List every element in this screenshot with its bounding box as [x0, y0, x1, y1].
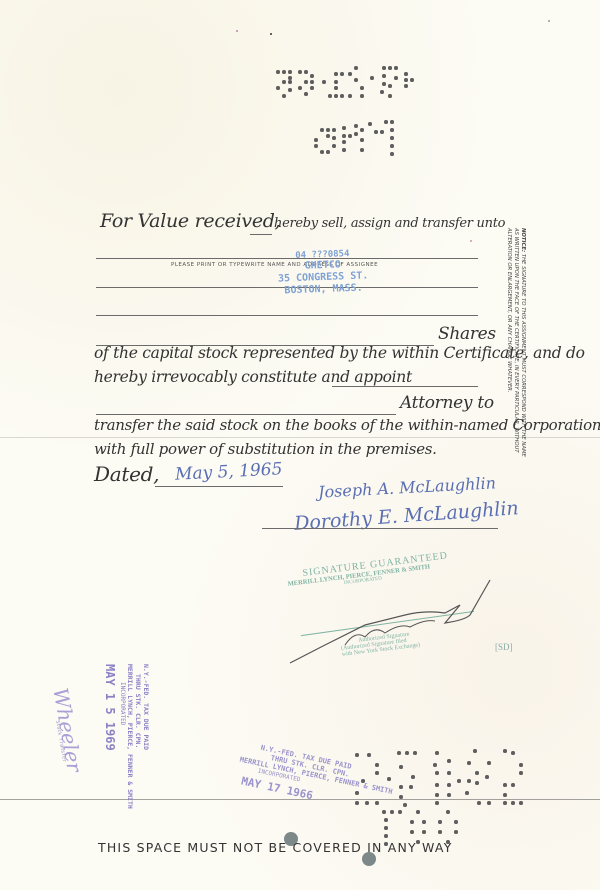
stamp-line: BOSTON, MASS.: [268, 282, 378, 298]
notice-line: ALTERATION OR ENLARGEMENT, OR ANY CHANGE…: [504, 228, 511, 558]
signature-joseph: Joseph A. McLaughlin: [318, 473, 497, 501]
appoint-text: hereby irrevocably constitute and appoin…: [94, 368, 412, 386]
authorized-signature-scrawl: [285, 575, 495, 670]
sell-assign-text: hereby sell, assign and transfer unto: [274, 216, 505, 231]
blank-line: [250, 234, 272, 235]
shares-label: Shares: [438, 324, 496, 344]
attorney-line: [96, 414, 396, 415]
notice-label: NOTICE:: [520, 228, 526, 252]
date-handwritten: May 5, 1965: [175, 459, 283, 485]
speck: [236, 30, 238, 32]
notice-text: NOTICE: THE SIGNATURE TO THIS ASSIGNMENT…: [504, 228, 526, 558]
sd-label: [SD]: [495, 642, 513, 652]
speck: [548, 20, 550, 22]
date-line: [155, 486, 283, 487]
tax-line: INCORPORATED: [119, 682, 126, 809]
speck: [270, 33, 272, 35]
tax-line: MERRILL LYNCH, PIERCE, FENNER & SMITH: [126, 664, 134, 809]
speck: [470, 240, 472, 242]
assignee-stamp: 04 ???0854 GHETCO 35 CONGRESS ST. BOSTON…: [267, 248, 379, 298]
certificate-back: For Value received, hereby sell, assign …: [0, 0, 600, 890]
tax-stamp-right: N.Y.-FED. TAX DUE PAID THRU STK. CLR. CP…: [234, 740, 396, 818]
footer-warning: THIS SPACE MUST NOT BE COVERED IN ANY WA…: [98, 840, 453, 855]
assignee-line-3: [96, 315, 478, 316]
tax-stamp-date: MAY 1 5 1969: [103, 664, 117, 809]
attorney-name-line: [332, 386, 478, 387]
for-value-received-text: For Value received,: [100, 210, 280, 232]
notice-line: NOTICE: THE SIGNATURE TO THIS ASSIGNMENT…: [519, 228, 526, 558]
tax-stamp-left: N.Y.-FED. TAX DUE PAID THRU STK. CLR. CP…: [103, 664, 150, 809]
stock-transfer-signature: Wheeler: [48, 686, 86, 774]
tax-line: THRU STK. CLR. CPN.: [134, 674, 142, 809]
notice-line: AS WRITTEN UPON THE FACE OF THE CERTIFIC…: [512, 228, 519, 558]
attorney-label: Attorney to: [400, 393, 494, 413]
notice-line-text: THE SIGNATURE TO THIS ASSIGNMENT MUST CO…: [520, 254, 526, 457]
signature-line: [262, 528, 498, 529]
tax-line: N.Y.-FED. TAX DUE PAID: [142, 664, 150, 809]
substitution-text: with full power of substitution in the p…: [94, 440, 437, 458]
dated-label: Dated,: [94, 462, 159, 486]
signature-dorothy: Dorothy E. McLaughlin: [294, 497, 520, 535]
